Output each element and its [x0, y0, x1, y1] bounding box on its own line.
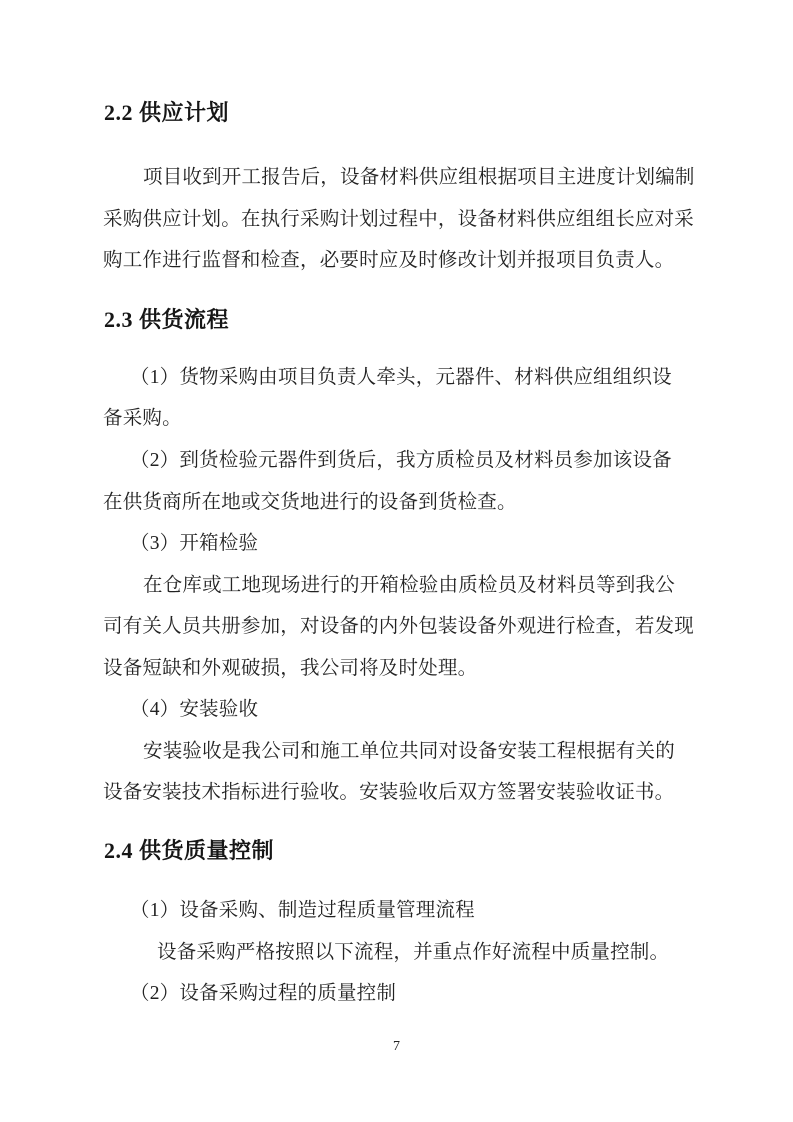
text-line: （2）到货检验元器件到货后，我方质检员及材料员参加该设备	[130, 449, 672, 473]
page-number: 7	[0, 1038, 793, 1056]
section-heading-2-3: 2.3 供货流程	[104, 307, 229, 333]
text-line: 备采购。	[103, 407, 182, 431]
text-line: 在仓库或工地现场进行的开箱检验由质检员及材料员等到我公	[143, 574, 675, 598]
text-line: （1）设备采购、制造过程质量管理流程	[130, 899, 475, 923]
section-heading-2-4: 2.4 供货质量控制	[104, 838, 274, 864]
text-line: 设备采购严格按照以下流程，并重点作好流程中质量控制。	[157, 941, 669, 965]
section-heading-2-2: 2.2 供应计划	[104, 100, 229, 126]
text-line: （2）设备采购过程的质量控制	[130, 982, 396, 1006]
text-line: 设备安装技术指标进行验收。安装验收后双方签署安装验收证书。	[103, 781, 674, 805]
text-line: 项目收到开工报告后，设备材料供应组根据项目主进度计划编制	[143, 166, 695, 190]
text-line: （4）安装验收	[130, 698, 258, 722]
document-page: 2.2 供应计划 项目收到开工报告后，设备材料供应组根据项目主进度计划编制 采购…	[0, 0, 793, 1122]
text-line: 采购供应计划。在执行采购计划过程中，设备材料供应组组长应对采	[103, 208, 694, 232]
text-line: 司有关人员共册参加，对设备的内外包装设备外观进行检查，若发现	[103, 615, 694, 639]
text-line: 设备短缺和外观破损，我公司将及时处理。	[103, 657, 477, 681]
text-line: 购工作进行监督和检查，必要时应及时修改计划并报项目负责人。	[103, 249, 674, 273]
text-line: （1）货物采购由项目负责人牵头，元器件、材料供应组组织设	[130, 366, 672, 390]
text-line: 在供货商所在地或交货地进行的设备到货检查。	[103, 491, 517, 515]
text-line: （3）开箱检验	[130, 532, 258, 556]
text-line: 安装验收是我公司和施工单位共同对设备安装工程根据有关的	[143, 740, 675, 764]
